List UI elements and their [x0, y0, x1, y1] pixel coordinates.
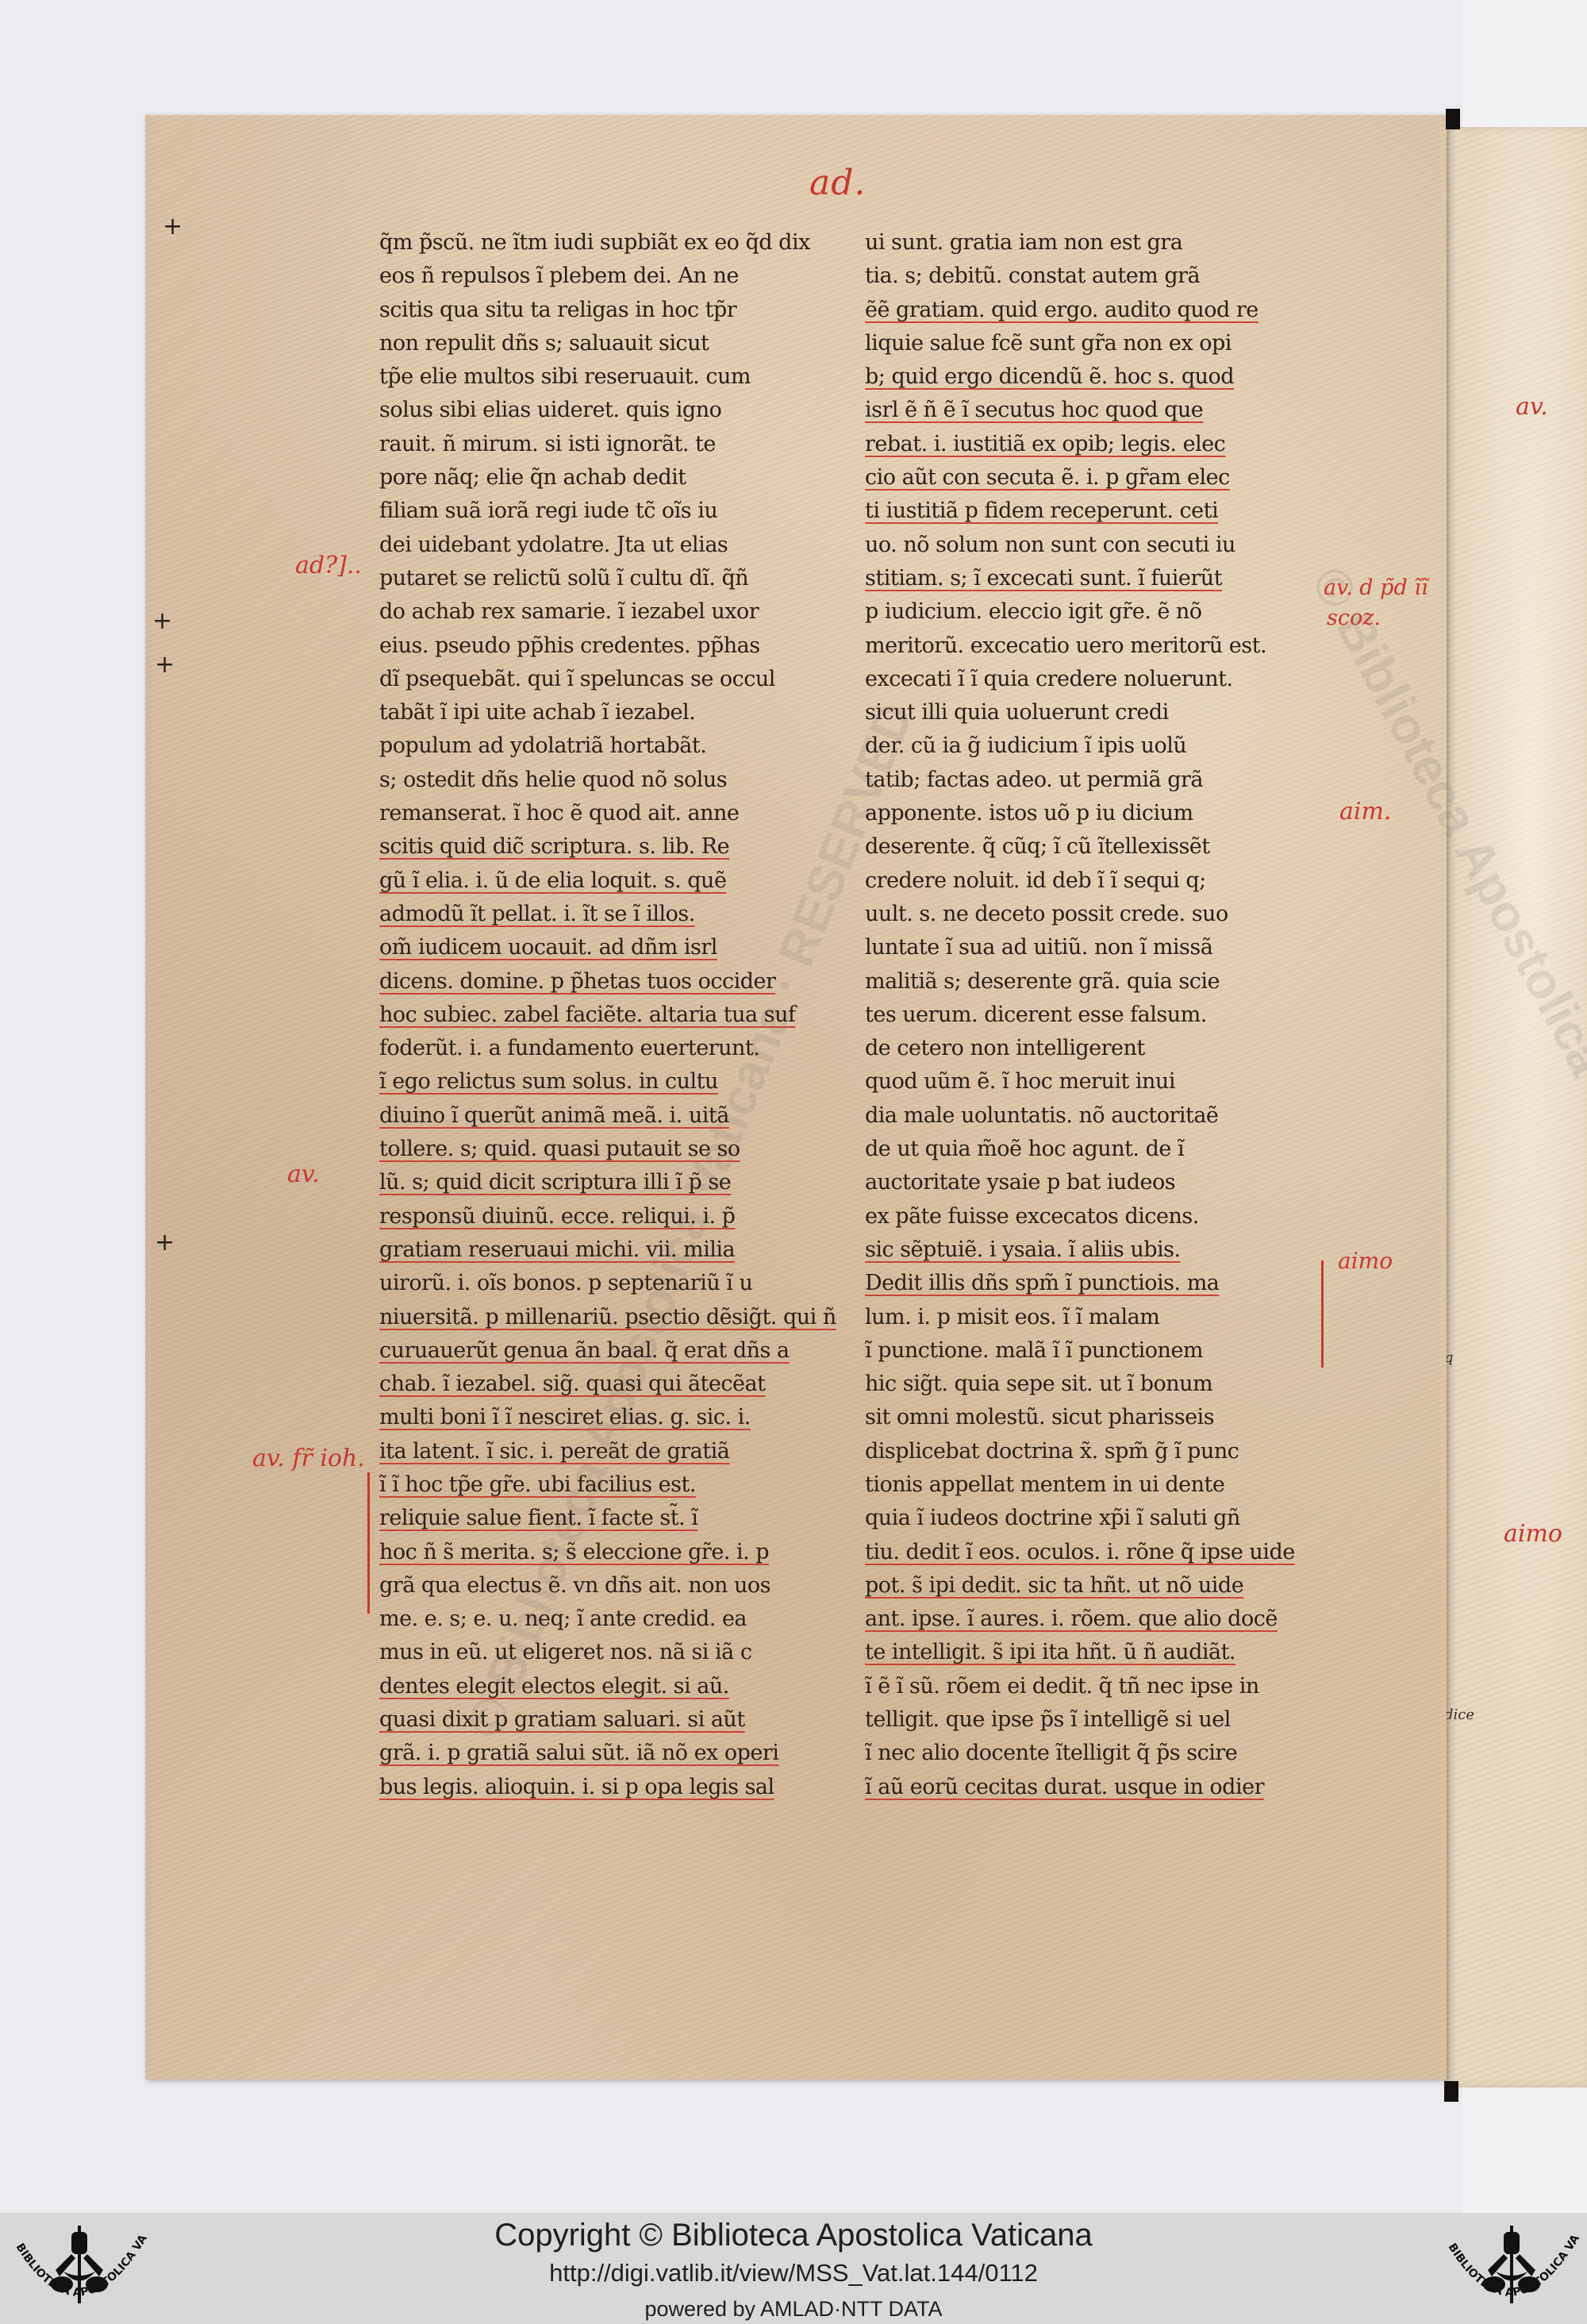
- margin-note: av. d p̃d ĩĩ: [1324, 575, 1428, 600]
- text-line: deserente. q̃ cũq; ĩ cũ ĩtellexissẽt: [865, 830, 1325, 864]
- text-line: dia male uoluntatis. nõ auctoritaẽ: [865, 1099, 1325, 1133]
- text-line: niuersitã. p millenariũ. psectio dẽsig̃t…: [379, 1301, 840, 1334]
- text-line: pore nãq; elie q̃n achab dedit: [379, 461, 840, 494]
- text-line: displicebat doctrina x̃. spm̃ g̃ ĩ punc: [865, 1435, 1325, 1468]
- text-line: eos ñ repulsos ĩ plebem dei. An ne: [379, 260, 840, 293]
- text-column-left: q̃m p̃scũ. ne ĩtm iudi supbiãt ex eo q̃d…: [379, 226, 840, 1804]
- text-line: multi boni ĩ ĩ nesciret elias. g. sic. i…: [379, 1401, 840, 1434]
- text-line: de cetero non intelligerent: [865, 1032, 1325, 1065]
- text-line: te intelligit. s̃ ipi ita hñt. ũ ñ audiã…: [865, 1636, 1325, 1669]
- text-line: tiu. dedit ĩ eos. oculos. i. rõne q̃ ips…: [865, 1536, 1325, 1569]
- margin-note: ad?]..: [295, 552, 362, 579]
- text-column-right: ui sunt. gratia iam non est gra tia. s; …: [865, 226, 1325, 1804]
- text-line: gratiam reseruaui michi. vii. milia: [379, 1233, 840, 1267]
- text-line: hoc subiec. zabel faciẽte. altaria tua s…: [379, 998, 840, 1032]
- text-line: non repulit dñs s; saluauit sicut: [379, 327, 840, 360]
- margin-note: av. fr̃ ioh.: [252, 1445, 365, 1472]
- text-line: gũ ĩ elia. i. ũ de elia loquit. s. quẽ: [379, 864, 840, 898]
- text-line: uo. nõ solum non sunt con secuti iu: [865, 529, 1325, 562]
- text-line: eius. pseudo pp̃his credentes. pp̃has: [379, 629, 840, 663]
- text-line: b; quid ergo dicendũ ẽ. hoc s. quod: [865, 360, 1325, 394]
- text-line: quod uũm ẽ. ĩ hoc meruit inui: [865, 1065, 1325, 1099]
- text-line: ant. ipse. ĩ aures. i. rõem. que alio do…: [865, 1603, 1325, 1636]
- margin-cross-mark: +: [163, 213, 183, 240]
- text-line: tia. s; debitũ. constat autem grã: [865, 260, 1325, 293]
- text-line: admodũ ĩt pellat. i. ĩt se ĩ illos.: [379, 898, 840, 931]
- text-line: malitiã s; deserente grã. quia scie: [865, 965, 1325, 998]
- margin-cross-mark: +: [155, 1229, 175, 1256]
- text-line: tp̃e elie multos sibi reseruauit. cum: [379, 360, 840, 394]
- text-line: apponente. istos uõ p iu dicium: [865, 797, 1325, 830]
- running-head: ad.: [809, 163, 866, 203]
- text-line: reliquie salue fient. ĩ facte st̃. ĩ: [379, 1502, 840, 1535]
- text-line: telligit. que ipse p̃s ĩ intelligẽ si ue…: [865, 1703, 1325, 1737]
- text-line: meritorũ. excecatio uero meritorũ est.: [865, 629, 1325, 663]
- seal-label: BIBLIOTECA APOSTOLICA VATICANA: [0, 2214, 150, 2299]
- papal-coat-of-arms-icon: BIBLIOTECA APOSTOLICA VATICANA: [1432, 2214, 1587, 2324]
- text-line: tionis appellat mentem in ui dente: [865, 1468, 1325, 1502]
- text-line: stitiam. s; ĩ excecati sunt. ĩ fuierũt: [865, 562, 1325, 595]
- text-line: quasi dixit p gratiam saluari. si aũt: [379, 1703, 840, 1737]
- margin-cross-mark: +: [155, 651, 175, 679]
- margin-bracket: [367, 1472, 370, 1614]
- text-line: remanserat. ĩ hoc ẽ quod ait. anne: [379, 797, 840, 830]
- copyright-text: Copyright © Biblioteca Apostolica Vatica…: [0, 2218, 1587, 2253]
- text-line: putaret se relictũ solũ ĩ cultu dĩ. q̃ñ: [379, 562, 840, 595]
- text-line: ĩ ĩ hoc tp̃e gr̃e. ubi facilius est.: [379, 1468, 840, 1502]
- text-line: ẽẽ gratiam. quid ergo. audito quod re: [865, 294, 1325, 327]
- margin-note: aimo: [1338, 1248, 1393, 1274]
- text-line: ti iustitiã p fidem receperunt. ceti: [865, 494, 1325, 528]
- text-line: dicens. domine. p p̃hetas tuos occider: [379, 965, 840, 998]
- text-line: rebat. i. iustitiã ex opib; legis. elec: [865, 428, 1325, 461]
- text-line: curuauerũt genua ãn baal. q̃ erat dñs a: [379, 1334, 840, 1368]
- margin-note: av.: [287, 1160, 320, 1188]
- facing-page: av. aimo q dice: [1444, 127, 1587, 2087]
- facing-margin-note: av.: [1516, 393, 1548, 421]
- binding-tab-mark: [1444, 2081, 1458, 2102]
- text-line: dei uidebant ydolatre. Jta ut elias: [379, 529, 840, 562]
- text-line: auctoritate ysaie p bat iudeos: [865, 1166, 1325, 1199]
- text-line: bus legis. alioquin. i. si p opa legis s…: [379, 1771, 840, 1804]
- text-line: ita latent. ĩ sic. i. pereãt de gratiã: [379, 1435, 840, 1468]
- text-line: ĩ ego relictus sum solus. in cultu: [379, 1065, 840, 1099]
- text-line: responsũ diuinũ. ecce. reliqui. i. p̃: [379, 1200, 840, 1233]
- text-line: ex pãte fuisse excecatos dicens.: [865, 1200, 1325, 1233]
- text-line: grã qua electus ẽ. vn dñs ait. non uos: [379, 1569, 840, 1603]
- text-line: excecati ĩ ĩ quia credere noluerunt.: [865, 663, 1325, 696]
- text-line: Dedit illis dñs spm̃ ĩ punctiois. ma: [865, 1267, 1325, 1300]
- papal-coat-of-arms-icon: BIBLIOTECA APOSTOLICA VATICANA: [0, 2214, 159, 2324]
- text-line: lum. i. p misit eos. ĩ ĩ malam: [865, 1301, 1325, 1334]
- text-line: lũ. s; quid dicit scriptura illi ĩ p̃ se: [379, 1166, 840, 1199]
- text-line: tollere. s; quid. quasi putauit se so: [379, 1133, 840, 1166]
- binding-tab-mark: [1446, 109, 1460, 129]
- copyright-footer: Copyright © Biblioteca Apostolica Vatica…: [0, 2213, 1587, 2324]
- text-line: hoc ñ s̃ merita. s; s̃ eleccione gr̃e. i…: [379, 1536, 840, 1569]
- text-line: scitis qua situ ta religas in hoc tp̃r: [379, 294, 840, 327]
- powered-by-text: powered by AMLAD·NTT DATA: [0, 2297, 1587, 2322]
- svg-text:BIBLIOTECA APOSTOLICA VATICANA: BIBLIOTECA APOSTOLICA VATICANA: [1432, 2214, 1582, 2299]
- text-line: dentes elegit electos elegit. si aũ.: [379, 1670, 840, 1703]
- text-line: grã. i. p gratiã salui sũt. iã nõ ex ope…: [379, 1737, 840, 1770]
- text-line: dĩ psequebãt. qui ĩ speluncas se occul: [379, 663, 840, 696]
- text-line: quia ĩ iudeos doctrine xp̃i ĩ saluti gñ: [865, 1502, 1325, 1535]
- text-line: ĩ aũ eorũ cecitas durat. usque in odier: [865, 1771, 1325, 1804]
- facing-margin-note: aimo: [1504, 1520, 1562, 1548]
- text-line: pot. s̃ ipi dedit. sic ta hñt. ut nõ uid…: [865, 1569, 1325, 1603]
- text-line: chab. ĩ iezabel. sig̃. quasi qui ãtecẽat: [379, 1368, 840, 1401]
- text-line: sicut illi quia uoluerunt credi: [865, 696, 1325, 729]
- margin-note: aim.: [1339, 798, 1391, 825]
- text-line: de ut quia m̃oẽ hoc agunt. de ĩ: [865, 1133, 1325, 1166]
- text-line: diuino ĩ querũt animã meã. i. uitã: [379, 1099, 840, 1133]
- text-line: ĩ nec alio docente ĩtelligit q̃ p̃s scir…: [865, 1737, 1325, 1770]
- text-line: scitis quid dic̃ scriptura. s. lib. Re: [379, 830, 840, 864]
- text-line: luntate ĩ sua ad uitiũ. non ĩ missã: [865, 931, 1325, 964]
- text-line: uirorũ. i. oĩs bonos. p septenariũ ĩ u: [379, 1267, 840, 1300]
- text-line: s; ostedit dñs helie quod nõ solus: [379, 764, 840, 797]
- text-line: tabãt ĩ ipi uite achab ĩ iezabel.: [379, 696, 840, 729]
- text-line: isrl ẽ ñ ẽ ĩ secutus hoc quod que: [865, 394, 1325, 427]
- margin-cross-mark: +: [152, 607, 172, 635]
- text-line: sic sẽptuiẽ. i ysaia. ĩ aliis ubis.: [865, 1233, 1325, 1267]
- text-line: tatib; factas adeo. ut permiã grã: [865, 764, 1325, 797]
- library-seal-left: BIBLIOTECA APOSTOLICA VATICANA: [0, 2214, 159, 2324]
- text-line: hic sig̃t. quia sepe sit. ut ĩ bonum: [865, 1368, 1325, 1401]
- seal-label: BIBLIOTECA APOSTOLICA VATICANA: [1432, 2214, 1582, 2299]
- library-seal-right: BIBLIOTECA APOSTOLICA VATICANA: [1432, 2214, 1587, 2324]
- text-line: q̃m p̃scũ. ne ĩtm iudi supbiãt ex eo q̃d…: [379, 226, 840, 260]
- text-line: cio aũt con secuta ẽ. i. p gr̃am elec: [865, 461, 1325, 494]
- text-line: mus in eũ. ut eligeret nos. nã si iã c: [379, 1636, 840, 1669]
- text-line: me. e. s; e. u. neq; ĩ ante credid. ea: [379, 1603, 840, 1636]
- svg-text:BIBLIOTECA APOSTOLICA VATICANA: BIBLIOTECA APOSTOLICA VATICANA: [0, 2214, 150, 2299]
- text-line: foderũt. i. a fundamento euerterunt.: [379, 1032, 840, 1065]
- text-line: filiam suã iorã regi iude tc̃ oĩs iu: [379, 494, 840, 528]
- text-line: uult. s. ne deceto possit crede. suo: [865, 898, 1325, 931]
- facing-margin-note: dice: [1444, 1706, 1474, 1723]
- text-line: om̃ iudicem uocauit. ad dñm isrl: [379, 931, 840, 964]
- text-line: populum ad ydolatriã hortabãt.: [379, 729, 840, 763]
- text-line: tes uerum. dicerent esse falsum.: [865, 998, 1325, 1032]
- text-line: sit omni molestũ. sicut pharisseis: [865, 1401, 1325, 1434]
- text-line: p iudicium. eleccio igit gr̃e. ẽ nõ: [865, 595, 1325, 629]
- text-line: rauit. ñ mirum. si isti ignorãt. te: [379, 428, 840, 461]
- text-line: ui sunt. gratia iam non est gra: [865, 226, 1325, 260]
- margin-note: scoz.: [1327, 606, 1381, 630]
- text-line: ĩ ẽ ĩ sũ. rõem ei dedit. q̃ tñ nec ipse …: [865, 1670, 1325, 1703]
- permalink-url[interactable]: http://digi.vatlib.it/view/MSS_Vat.lat.1…: [0, 2259, 1587, 2287]
- text-line: liquie salue fcẽ sunt gr̃a non ex opi: [865, 327, 1325, 360]
- text-line: solus sibi elias uideret. quis igno: [379, 394, 840, 427]
- text-line: ĩ punctione. malã ĩ ĩ punctionem: [865, 1334, 1325, 1368]
- text-line: der. cũ ia g̃ iudicium ĩ ipis uolũ: [865, 729, 1325, 763]
- text-line: credere noluit. id deb ĩ ĩ sequi q;: [865, 864, 1325, 898]
- text-line: do achab rex samarie. ĩ iezabel uxor: [379, 595, 840, 629]
